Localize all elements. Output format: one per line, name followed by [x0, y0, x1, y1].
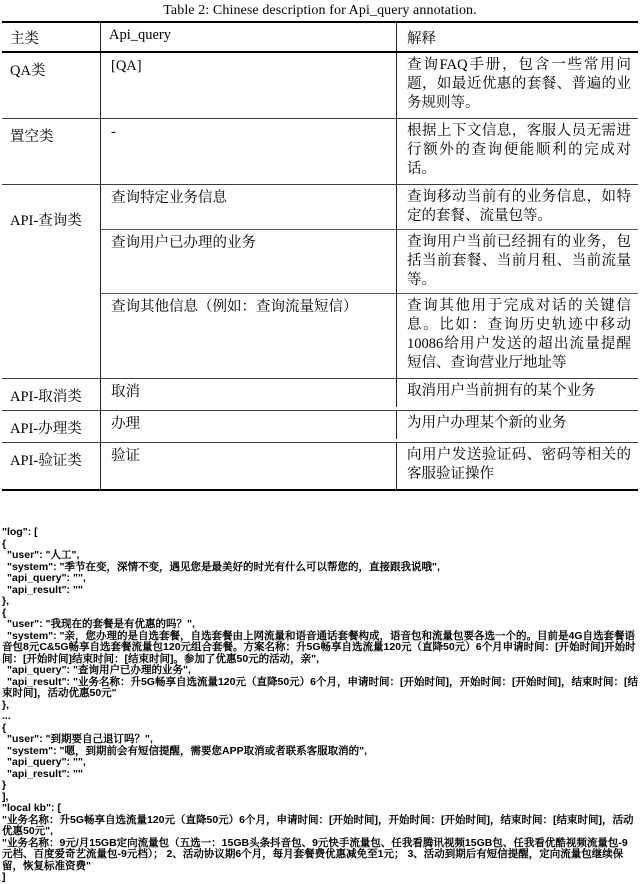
category-cell: API-取消类 [2, 379, 100, 410]
code-line: "业务名称：9元/月15GB定向流量包（五选一：15GB头条抖音包、9元快手流量… [2, 838, 638, 873]
table-row: 取消 取消用户当前拥有的某个业务 [101, 379, 638, 407]
table-group: API-查询类 查询特定业务信息 查询移动当前有的业务信息，如特定的套餐、流量包… [2, 184, 638, 378]
group-rows: - 根据上下文信息，客服人员无需进行额外的查询便能顺利的完成对话。 [100, 119, 638, 184]
group-rows: 取消 取消用户当前拥有的某个业务 [100, 379, 638, 410]
api-query-cell: 查询用户已办理的业务 [101, 230, 396, 293]
description-cell: 为用户办理某个新的业务 [396, 411, 638, 439]
code-line: }, [2, 596, 638, 608]
table-row: 办理 为用户办理某个新的业务 [101, 411, 638, 439]
code-line: ], [2, 792, 638, 804]
code-line: "api_result": "" [2, 585, 638, 597]
code-line: } [2, 780, 638, 792]
api-query-cell: 查询特定业务信息 [101, 185, 396, 229]
code-line: "api_query": "", [2, 757, 638, 769]
paper-page: Table 2: Chinese description for Api_que… [0, 0, 640, 884]
table-group: QA类 [QA] 查询FAQ手册，包含一些常用问题，如最近优惠的套餐、普遍的业务… [2, 53, 638, 118]
group-rows: 办理 为用户办理某个新的业务 [100, 411, 638, 442]
code-line: }, [2, 700, 638, 712]
code-line: "api_query": "查询用户已办理的业务", [2, 665, 638, 677]
code-line: { [2, 539, 638, 551]
code-line: "local kb": [ [2, 803, 638, 815]
description-cell: 查询用户当前已经拥有的业务，包括当前套餐、当前月租、当前流量等。 [396, 230, 638, 293]
table-row: 查询其他信息（例如：查询流量短信） 查询其他用于完成对话的关键信息。比如：查询历… [101, 293, 638, 378]
code-line: ... [2, 711, 638, 723]
column-header-api-query: Api_query [101, 23, 396, 51]
column-header-explanation: 解释 [396, 23, 638, 51]
group-rows: 查询特定业务信息 查询移动当前有的业务信息，如特定的套餐、流量包等。 查询用户已… [100, 185, 638, 378]
category-cell: API-办理类 [2, 411, 100, 442]
code-line: "user": "人工", [2, 550, 638, 562]
table-row: 查询用户已办理的业务 查询用户当前已经拥有的业务，包括当前套餐、当前月租、当前流… [101, 229, 638, 293]
code-line: "业务名称：升5G畅享自选流量120元（直降50元）6个月，申请时间：[开始时间… [2, 815, 638, 838]
annotation-table: 主类 Api_query 解释 QA类 [QA] 查询FAQ手册，包含一些常用问… [2, 21, 638, 491]
table-group: API-验证类 验证 向用户发送验证码、密码等相关的客服验证操作 [2, 442, 638, 489]
code-line: "api_result": "" [2, 769, 638, 781]
code-line: "api_query": "", [2, 573, 638, 585]
api-query-cell: 办理 [101, 411, 396, 439]
category-cell: API-查询类 [2, 185, 100, 378]
table-row: [QA] 查询FAQ手册，包含一些常用问题，如最近优惠的套餐、普遍的业务规则等。 [101, 53, 638, 118]
table-row: 查询特定业务信息 查询移动当前有的业务信息，如特定的套餐、流量包等。 [101, 185, 638, 229]
api-query-cell: 取消 [101, 379, 396, 407]
code-line: "system": "季节在变，深情不变，遇见您是最美好的时光有什么可以帮您的，… [2, 562, 638, 574]
description-cell: 根据上下文信息，客服人员无需进行额外的查询便能顺利的完成对话。 [396, 119, 638, 184]
table-body: QA类 [QA] 查询FAQ手册，包含一些常用问题，如最近优惠的套餐、普遍的业务… [2, 53, 638, 489]
group-rows: 验证 向用户发送验证码、密码等相关的客服验证操作 [100, 443, 638, 489]
description-cell: 向用户发送验证码、密码等相关的客服验证操作 [396, 443, 638, 489]
description-cell: 查询移动当前有的业务信息，如特定的套餐、流量包等。 [396, 185, 638, 229]
code-line: "user": "我现在的套餐是有优惠的吗？", [2, 619, 638, 631]
group-rows: [QA] 查询FAQ手册，包含一些常用问题，如最近优惠的套餐、普遍的业务规则等。 [100, 53, 638, 118]
table-header-row: 主类 Api_query 解释 [2, 23, 638, 53]
description-cell: 查询其他用于完成对话的关键信息。比如：查询历史轨迹中移动10086给用户发送的超… [396, 294, 638, 378]
api-query-cell: - [101, 119, 396, 184]
table-group: API-取消类 取消 取消用户当前拥有的某个业务 [2, 378, 638, 410]
description-cell: 取消用户当前拥有的某个业务 [396, 379, 638, 407]
table-caption: Table 2: Chinese description for Api_que… [0, 0, 640, 19]
table-group: API-办理类 办理 为用户办理某个新的业务 [2, 410, 638, 442]
column-header-main-class: 主类 [2, 23, 100, 51]
json-log-block: "log": [{"user": "人工","system": "季节在变，深情… [2, 527, 638, 884]
code-line: "system": "嗯，到期前会有短信提醒，需要您APP取消或者联系客服取消的… [2, 746, 638, 758]
description-cell: 查询FAQ手册，包含一些常用问题，如最近优惠的套餐、普遍的业务规则等。 [396, 53, 638, 118]
header-right-columns: Api_query 解释 [100, 23, 638, 51]
category-cell: API-验证类 [2, 443, 100, 489]
table-group: 置空类 - 根据上下文信息，客服人员无需进行额外的查询便能顺利的完成对话。 [2, 118, 638, 184]
code-line: "api_result": "业务名称：升5G畅享自选流量120元（直降50元）… [2, 677, 638, 700]
table-row: 验证 向用户发送验证码、密码等相关的客服验证操作 [101, 443, 638, 489]
api-query-cell: [QA] [101, 53, 396, 118]
category-cell: 置空类 [2, 119, 100, 184]
code-line: ] [2, 872, 638, 884]
api-query-cell: 验证 [101, 443, 396, 489]
table-row: - 根据上下文信息，客服人员无需进行额外的查询便能顺利的完成对话。 [101, 119, 638, 184]
code-line: "user": "到期要自己退订吗？", [2, 734, 638, 746]
code-line: "log": [ [2, 527, 638, 539]
code-line: "system": "亲，您办理的是自选套餐，自选套餐由上网流量和语音通话套餐构… [2, 631, 638, 666]
api-query-cell: 查询其他信息（例如：查询流量短信） [101, 294, 396, 378]
category-cell: QA类 [2, 53, 100, 118]
